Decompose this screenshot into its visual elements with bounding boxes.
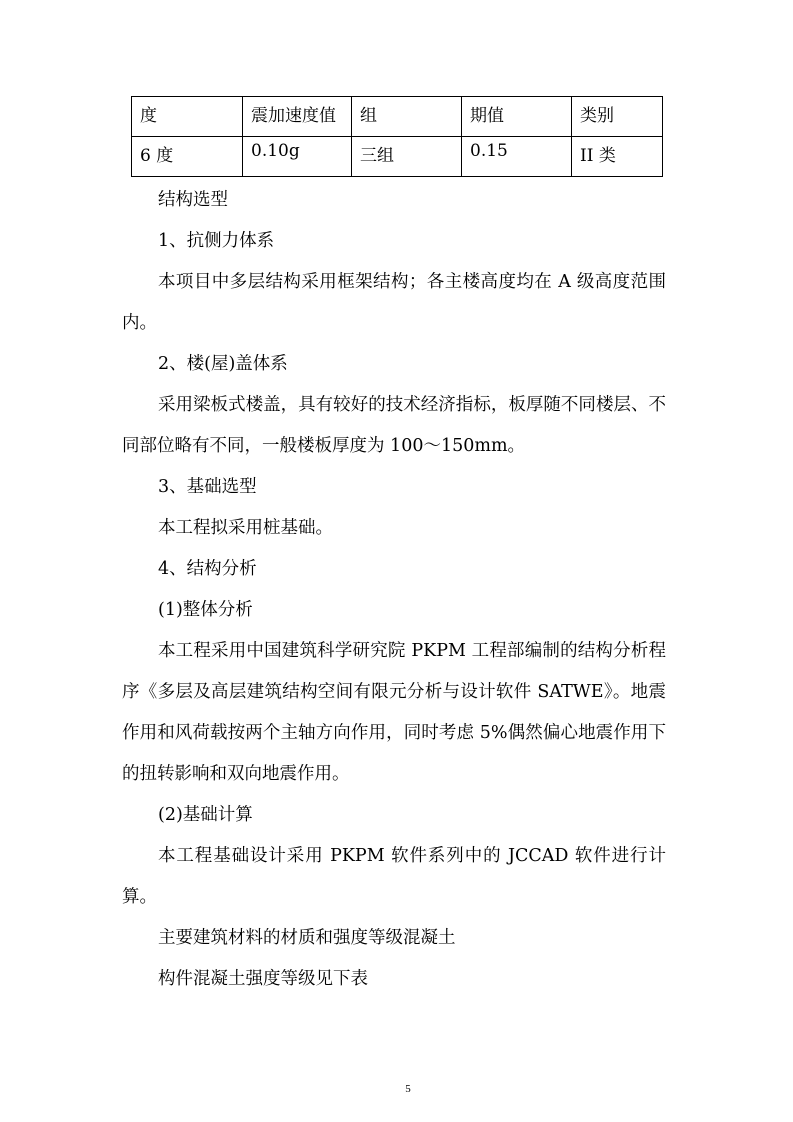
table-cell: II 类 [572, 137, 663, 177]
document-page: 度 震加速度值 组 期值 类别 6 度 0.10g 三组 0.15 II 类 结… [0, 0, 793, 1122]
paragraph: 本工程拟采用桩基础。 [122, 508, 666, 549]
table-cell: 震加速度值 [243, 97, 352, 137]
table-cell: 6 度 [132, 137, 243, 177]
subheading-structural-analysis: 4、结构分析 [122, 549, 666, 590]
paragraph: 主要建筑材料的材质和强度等级混凝土 [122, 918, 666, 959]
table-header-row: 度 震加速度值 组 期值 类别 [132, 97, 663, 137]
table-cell: 类别 [572, 97, 663, 137]
table-row: 6 度 0.10g 三组 0.15 II 类 [132, 137, 663, 177]
seismic-parameters-table: 度 震加速度值 组 期值 类别 6 度 0.10g 三组 0.15 II 类 [131, 96, 663, 177]
paragraph: 本工程基础设计采用 PKPM 软件系列中的 JCCAD 软件进行计算。 [122, 836, 666, 918]
paragraph: 采用梁板式楼盖，具有较好的技术经济指标，板厚随不同楼层、不同部位略有不同，一般楼… [122, 385, 666, 467]
section-heading-structure-selection: 结构选型 [122, 180, 666, 221]
table-cell: 三组 [352, 137, 462, 177]
table-cell: 期值 [462, 97, 572, 137]
paragraph: 本项目中多层结构采用框架结构；各主楼高度均在 A 级高度范围内。 [122, 262, 666, 344]
table-cell: 组 [352, 97, 462, 137]
paragraph: 本工程采用中国建筑科学研究院 PKPM 工程部编制的结构分析程序《多层及高层建筑… [122, 631, 666, 795]
table-cell: 0.15 [462, 137, 572, 177]
table-cell: 度 [132, 97, 243, 137]
page-number: 5 [0, 1083, 793, 1095]
subheading-floor-system: 2、楼(屋)盖体系 [122, 344, 666, 385]
table-cell: 0.10g [243, 137, 352, 177]
subheading-foundation-selection: 3、基础选型 [122, 467, 666, 508]
subheading-overall-analysis: (1)整体分析 [122, 590, 666, 631]
body-text: 结构选型 1、抗侧力体系 本项目中多层结构采用框架结构；各主楼高度均在 A 级高… [122, 180, 666, 1000]
subheading-lateral-system: 1、抗侧力体系 [122, 221, 666, 262]
subheading-foundation-calculation: (2)基础计算 [122, 795, 666, 836]
paragraph: 构件混凝土强度等级见下表 [122, 959, 666, 1000]
